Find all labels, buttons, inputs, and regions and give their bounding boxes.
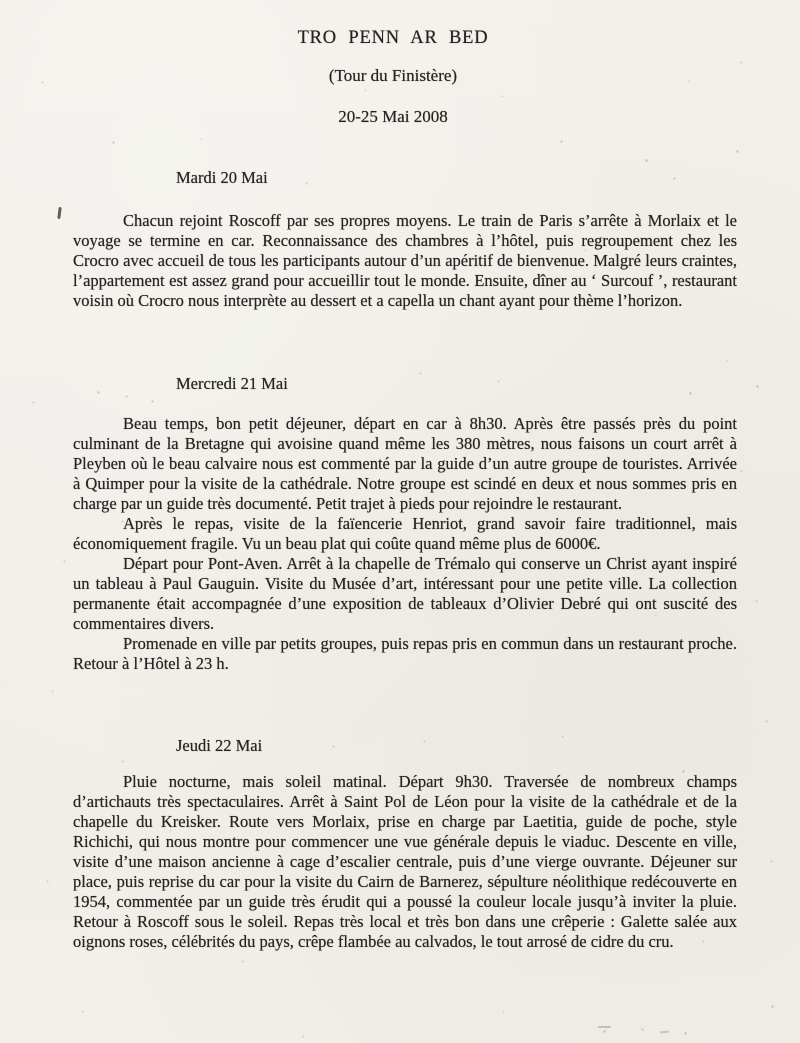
paragraph: Après le repas, visite de la faïencerie … <box>73 514 737 554</box>
document-subtitle: (Tour du Finistère) <box>73 65 713 87</box>
scan-smudge <box>598 1026 611 1028</box>
scanned-document-page: TRO PENN AR BED (Tour du Finistère) 20-2… <box>0 0 800 1043</box>
document-date-range: 20-25 Mai 2008 <box>73 106 713 128</box>
paragraph: Départ pour Pont-Aven. Arrêt à la chapel… <box>73 554 737 634</box>
paragraph: Pluie nocturne, mais soleil matinal. Dép… <box>73 772 737 952</box>
scan-noise-speckles <box>0 0 1 1</box>
paragraph: Promenade en ville par petits groupes, p… <box>73 634 737 674</box>
paragraph: Beau temps, bon petit déjeuner, départ e… <box>73 414 737 514</box>
scan-smudge <box>660 1031 669 1034</box>
scan-edge-artifact <box>57 207 61 219</box>
title-block: TRO PENN AR BED (Tour du Finistère) 20-2… <box>73 0 737 128</box>
section-jeudi-22-mai: Jeudi 22 Mai Pluie nocturne, mais soleil… <box>73 736 737 952</box>
section-heading-mercredi: Mercredi 21 Mai <box>176 374 737 394</box>
document-content: TRO PENN AR BED (Tour du Finistère) 20-2… <box>73 0 737 952</box>
section-heading-mardi: Mardi 20 Mai <box>176 168 737 188</box>
section-mercredi-21-mai: Mercredi 21 Mai Beau temps, bon petit dé… <box>73 374 737 674</box>
section-mardi-20-mai: Mardi 20 Mai Chacun rejoint Roscoff par … <box>73 168 737 311</box>
section-heading-jeudi: Jeudi 22 Mai <box>176 736 737 756</box>
document-title: TRO PENN AR BED <box>73 27 713 49</box>
paragraph: Chacun rejoint Roscoff par ses propres m… <box>73 211 737 311</box>
